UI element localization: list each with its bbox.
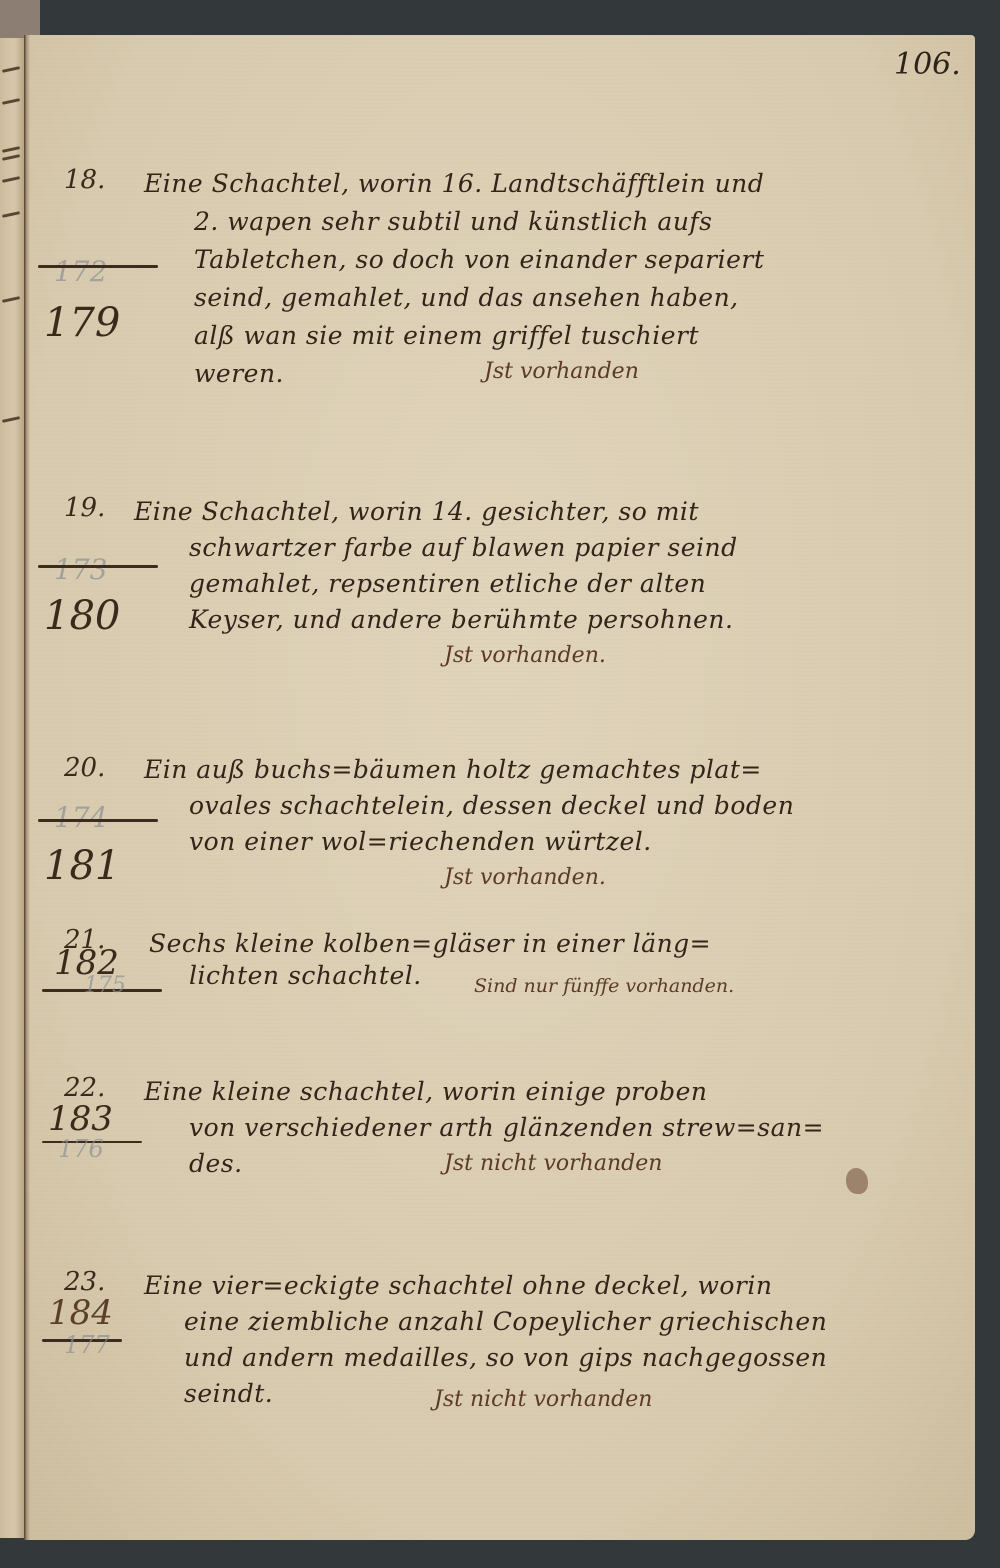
item-number: 19.	[64, 493, 105, 523]
status-note: Jst vorhanden.	[444, 865, 606, 890]
entry-line: von einer wol=riechenden würtzel.	[189, 827, 652, 856]
old-inventory-number: 173	[54, 553, 107, 586]
entry-line: weren.	[194, 359, 284, 388]
entry-line: Eine kleine schachtel, worin einige prob…	[144, 1077, 708, 1106]
entry-line: von verschiedener arth glänzenden strew=…	[189, 1113, 824, 1142]
entry-line: lichten schachtel.	[189, 961, 422, 990]
entry-line: Ein auß buchs=bäumen holtz gemachtes pla…	[144, 755, 762, 784]
entry-line: Sechs kleine kolben=gläser in einer läng…	[149, 929, 711, 958]
status-note: Jst vorhanden	[484, 359, 639, 384]
old-inventory-number: 174	[54, 801, 107, 834]
inventory-number: 183	[48, 1099, 113, 1139]
entry-line: schwartzer farbe auf blawen papier seind	[189, 533, 738, 562]
folio-number: 106.	[894, 47, 961, 82]
strike-line	[38, 565, 158, 568]
entry-line: und andern medailles, so von gips nachge…	[184, 1343, 827, 1372]
entry-line: seindt.	[184, 1379, 273, 1408]
status-note: Jst vorhanden.	[444, 643, 606, 668]
entry-line: eine ziembliche anzahl Copeylicher griec…	[184, 1307, 827, 1336]
inventory-number: 179	[44, 300, 120, 346]
entry-line: Eine Schachtel, worin 16. Landtschäfftle…	[144, 169, 764, 198]
entry-line: Eine vier=eckigte schachtel ohne deckel,…	[144, 1271, 772, 1300]
old-inventory-number: 177	[64, 1331, 110, 1359]
old-inventory-number: 176	[58, 1135, 104, 1163]
inventory-number: 184	[48, 1293, 113, 1333]
status-note: Jst nicht vorhanden	[434, 1387, 652, 1412]
manuscript-page: 106. 18. 172 179 Eine Schachtel, worin 1…	[24, 35, 975, 1540]
strike-line	[38, 819, 158, 822]
old-inventory-number: 172	[54, 255, 107, 288]
item-number: 20.	[64, 753, 105, 783]
entry-line: 2. wapen sehr subtil und künstlich aufs	[194, 207, 713, 236]
ink-stain	[846, 1168, 868, 1194]
inventory-number: 180	[44, 593, 120, 639]
entry-line: Tabletchen, so doch von einander separie…	[194, 245, 764, 274]
entry-line: gemahlet, repsentiren etliche der alten	[189, 569, 706, 598]
status-note: Sind nur fünffe vorhanden.	[474, 975, 734, 997]
entry-line: ovales schachtelein, dessen deckel und b…	[189, 791, 794, 820]
previous-page-corner	[0, 0, 40, 38]
status-note: Jst nicht vorhanden	[444, 1151, 662, 1176]
previous-page-edge	[0, 38, 24, 1538]
entry-line: Eine Schachtel, worin 14. gesichter, so …	[134, 497, 699, 526]
previous-page-ink-marks	[2, 38, 24, 1538]
old-inventory-number: 175	[84, 973, 126, 998]
entry-line: seind, gemahlet, und das ansehen haben,	[194, 283, 739, 312]
gutter	[24, 35, 30, 1540]
inventory-number: 181	[44, 843, 120, 889]
entry-line: des.	[189, 1149, 243, 1178]
entry-line: alß wan sie mit einem griffel tuschiert	[194, 321, 699, 350]
item-number: 18.	[64, 165, 105, 195]
entry-line: Keyser, und andere berühmte persohnen.	[189, 605, 733, 634]
strike-line	[38, 265, 158, 268]
